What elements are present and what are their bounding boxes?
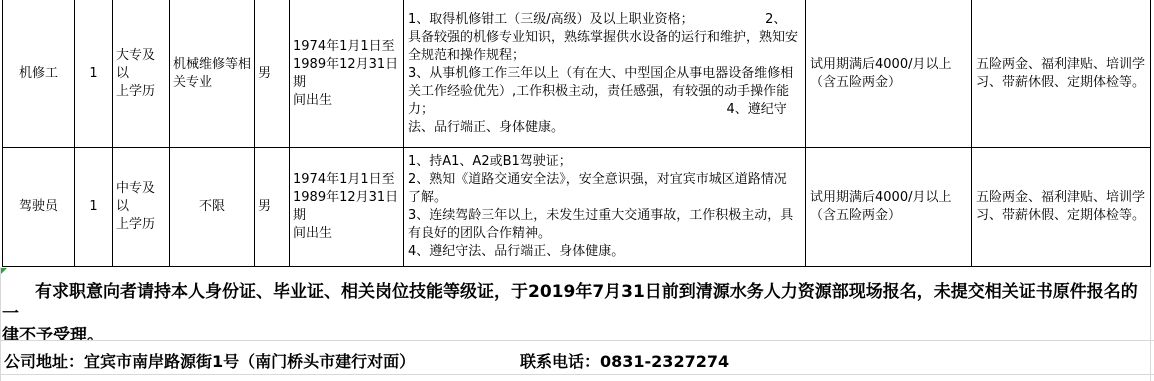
job-table: 机修工 1 大专及以 上学历 机械维修等相 关专业 男 1974年1月1日至 1… [2,0,1150,267]
footer-contact-row: 公司地址：宜宾市南岸路源街1号（南门桥头市建行对面） 联系电话：0831-232… [0,341,1154,374]
gridline-horizontal [0,374,1154,375]
company-address: 公司地址：宜宾市南岸路源街1号（南门桥头市建行对面） [4,349,415,372]
notice-text: 有求职意向者请持本人身份证、毕业证、相关岗位技能等级证，于2019年7月31日前… [2,267,1150,340]
cell-birth-range: 1974年1月1日至 1989年12月31日期 间出生 [290,148,404,267]
cell-position: 驾驶员 [3,148,75,267]
cell-requirements: 1、持A1、A2或B1驾驶证； 2、熟知《道路交通安全法》，安全意识强，对宜宾市… [404,148,806,267]
cell-birth-range: 1974年1月1日至 1989年12月31日期 间出生 [290,0,404,148]
page: 机修工 1 大专及以 上学历 机械维修等相 关专业 男 1974年1月1日至 1… [0,0,1154,381]
cell-headcount: 1 [75,148,113,267]
cell-education: 大专及以 上学历 [113,0,170,148]
cell-requirements: 1、取得机修钳工（三级/高级）及以上职业资格； 2、 具备较强的机修专业知识，熟… [404,0,806,148]
cell-headcount: 1 [75,0,113,148]
cell-gender: 男 [255,148,290,267]
cell-benefits: 五险两金、福利津贴、培训学 习、带薪休假、定期体检等。 [972,148,1151,267]
cell-position: 机修工 [3,0,75,148]
contact-phone: 联系电话：0831-2327274 [520,349,729,372]
cell-gender: 男 [255,0,290,148]
cell-major: 不限 [170,148,255,267]
cell-salary: 试用期满后4000/月以上 （含五险两金） [806,148,972,267]
cell-benefits: 五险两金、福利津贴、培训学 习、带薪休假、定期体检等。 [972,0,1151,148]
cell-major: 机械维修等相 关专业 [170,0,255,148]
cell-education: 中专及以 上学历 [113,148,170,267]
cell-salary: 试用期满后4000/月以上 （含五险两金） [806,0,972,148]
